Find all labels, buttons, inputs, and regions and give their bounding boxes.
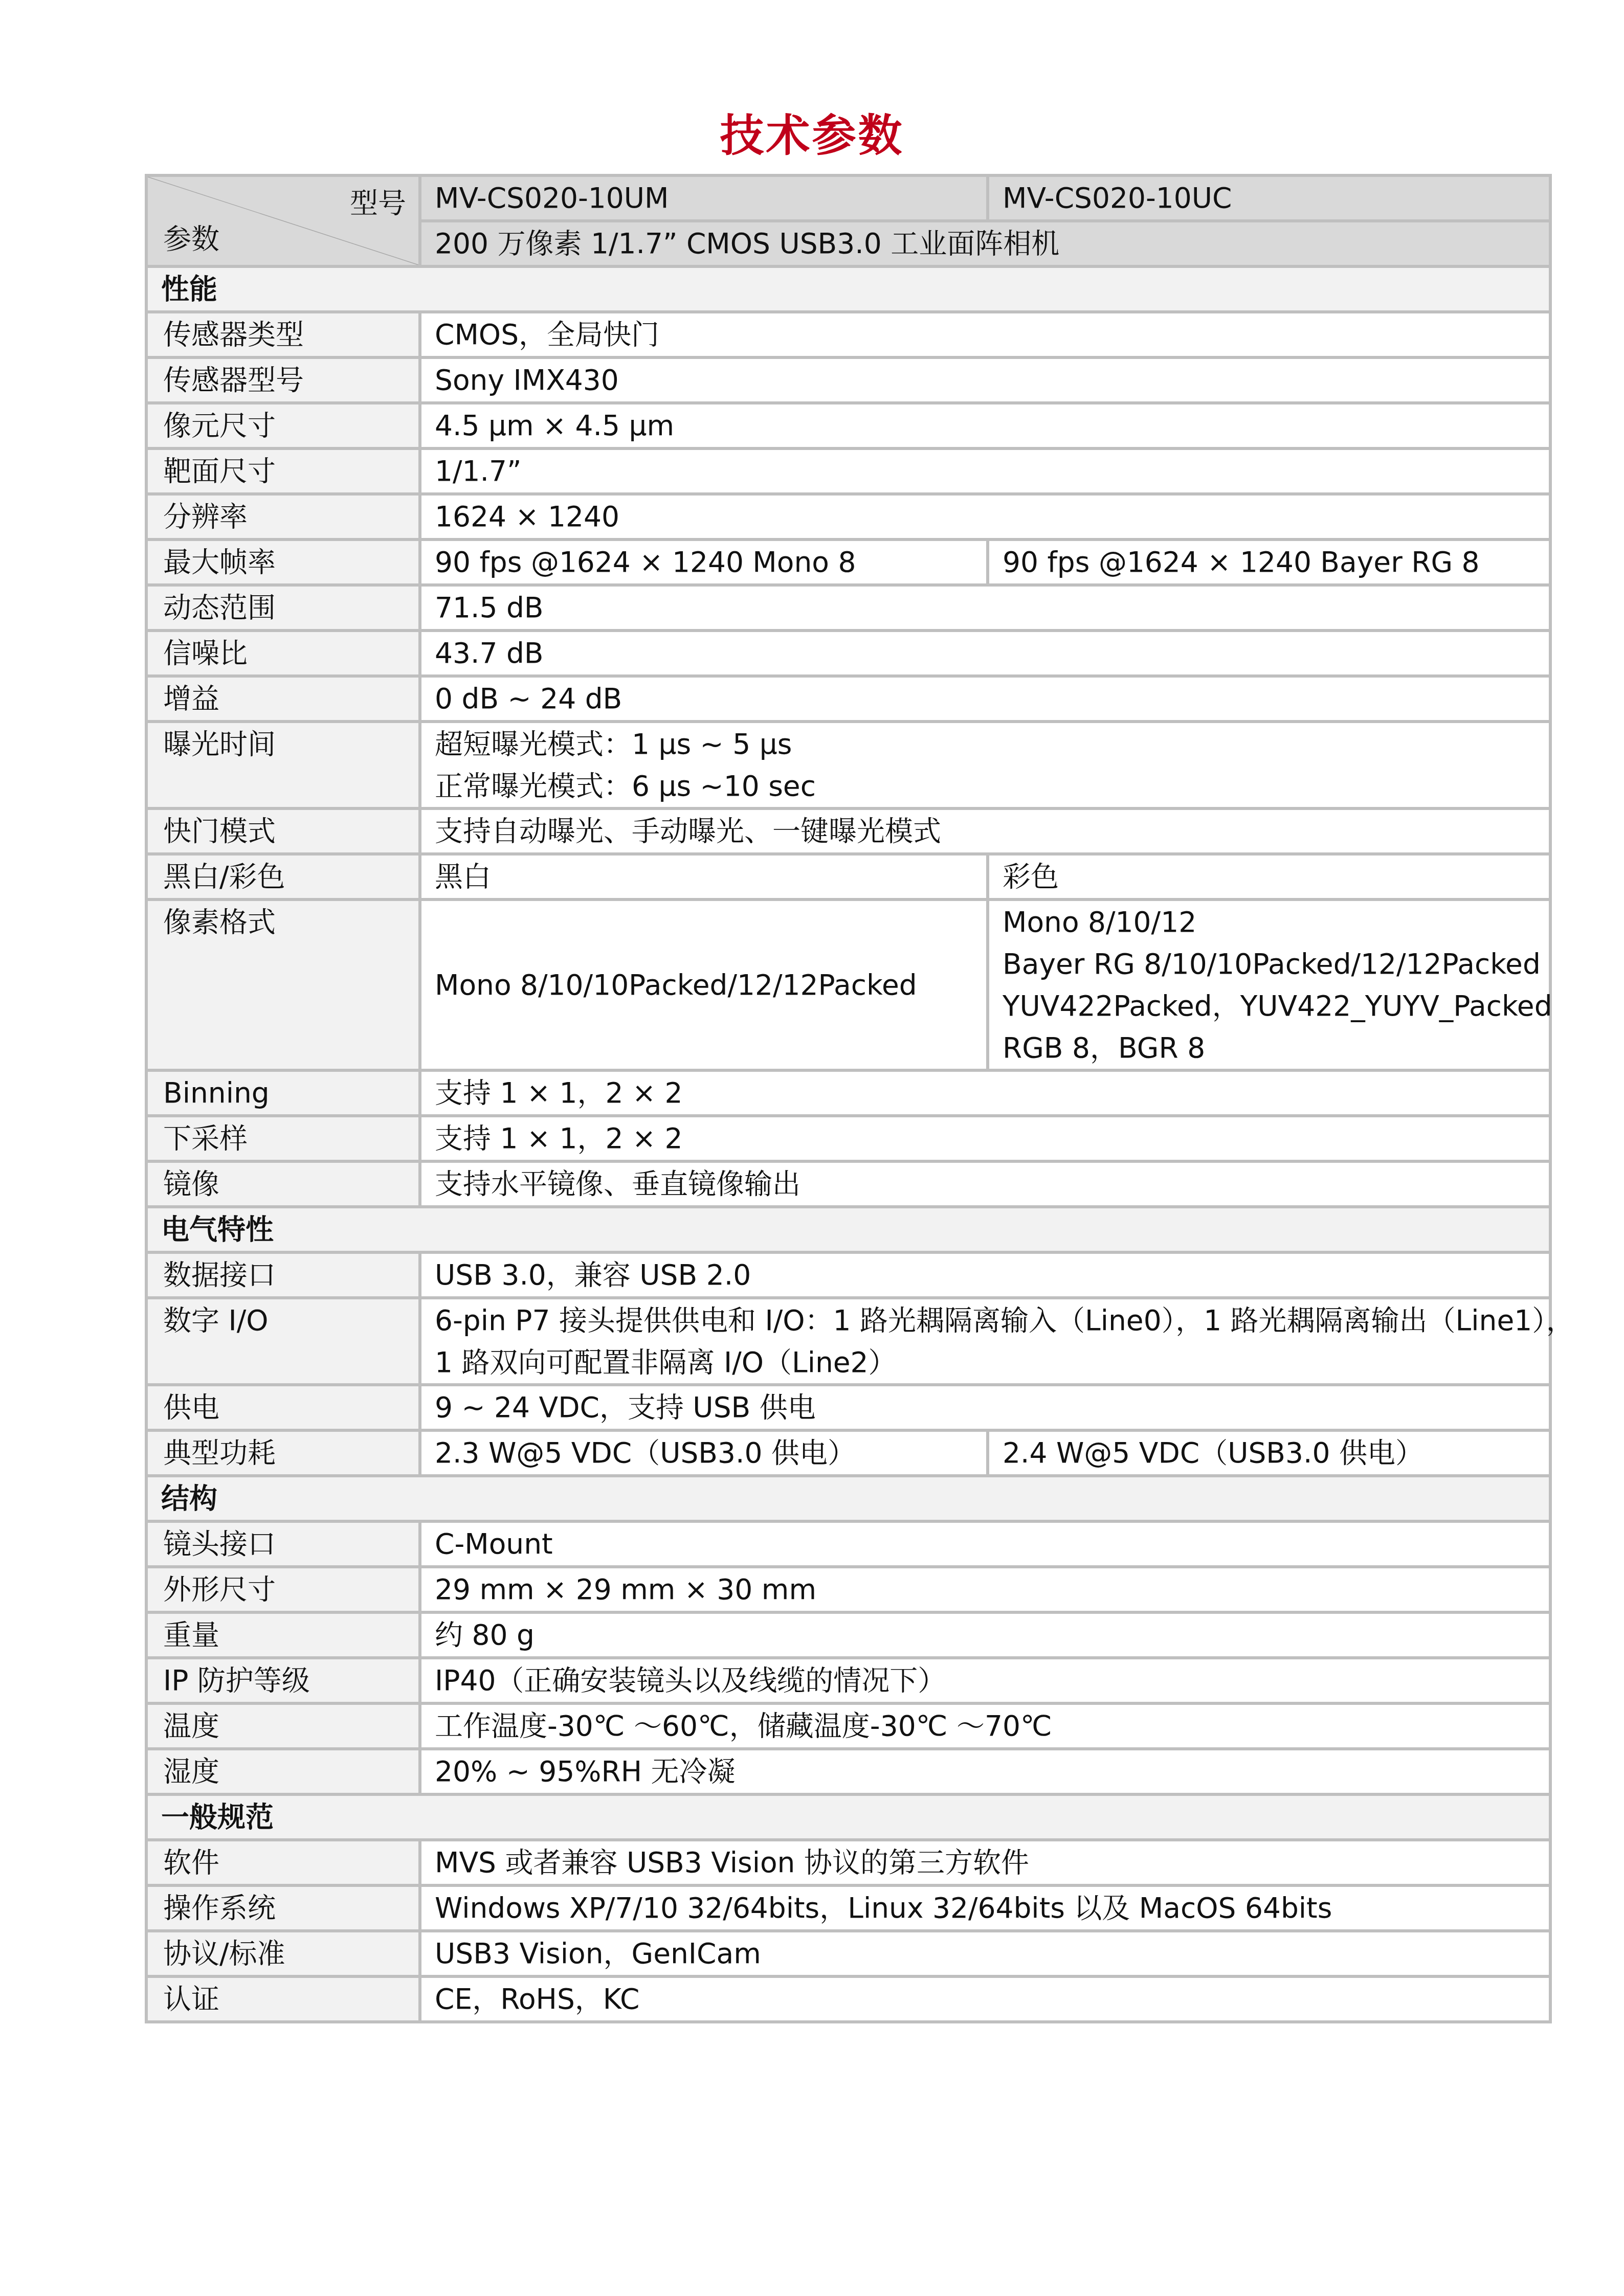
row-label: 最大帧率 (146, 539, 420, 585)
row-value: 29 mm × 29 mm × 30 mm (420, 1567, 1550, 1612)
table-row: 最大帧率90 fps @1624 × 1240 Mono 890 fps @16… (146, 539, 1550, 585)
row-value: Windows XP/7/10 32/64bits，Linux 32/64bit… (420, 1885, 1550, 1931)
corner-model-label: 型号 (350, 182, 406, 224)
row-value-color: Mono 8/10/12Bayer RG 8/10/10Packed/12/12… (988, 899, 1550, 1070)
row-label: 数字 I/O (146, 1298, 420, 1385)
table-row: 快门模式支持自动曝光、手动曝光、一键曝光模式 (146, 808, 1550, 854)
table-row: 供电9 ~ 24 VDC，支持 USB 供电 (146, 1385, 1550, 1430)
exposure-line-1: 超短曝光模式：1 μs ~ 5 μs (435, 723, 1536, 765)
section-title: 性能 (146, 266, 1550, 312)
io-line-1: 6-pin P7 接头提供供电和 I/O：1 路光耦隔离输入（Line0），1 … (435, 1299, 1536, 1341)
row-label: 传感器型号 (146, 357, 420, 403)
row-label: 传感器类型 (146, 312, 420, 357)
row-label: 信噪比 (146, 631, 420, 676)
row-label: 像素格式 (146, 899, 420, 1070)
table-row: 温度工作温度-30℃ ～60℃，储藏温度-30℃ ～70℃ (146, 1703, 1550, 1749)
format-line: RGB 8，BGR 8 (1003, 1027, 1536, 1069)
row-value: CE，RoHS，KC (420, 1976, 1550, 2022)
row-value: 超短曝光模式：1 μs ~ 5 μs正常曝光模式：6 μs ~10 sec (420, 722, 1550, 808)
io-line-2: 1 路双向可配置非隔离 I/O（Line2） (435, 1341, 1536, 1383)
row-value: Sony IMX430 (420, 357, 1550, 403)
corner-param-label: 参数 (163, 218, 219, 260)
product-description: 200 万像素 1/1.7” CMOS USB3.0 工业面阵相机 (420, 221, 1550, 266)
section-general: 一般规范 (146, 1794, 1550, 1840)
row-value-mono: Mono 8/10/10Packed/12/12Packed (420, 899, 988, 1070)
row-value-mono: 黑白 (420, 854, 988, 899)
exposure-line-2: 正常曝光模式：6 μs ~10 sec (435, 765, 1536, 807)
row-value-color: 2.4 W@5 VDC（USB3.0 供电） (988, 1430, 1550, 1476)
section-title: 电气特性 (146, 1207, 1550, 1252)
row-value: 0 dB ~ 24 dB (420, 676, 1550, 722)
table-row: 增益0 dB ~ 24 dB (146, 676, 1550, 722)
row-value: USB 3.0，兼容 USB 2.0 (420, 1252, 1550, 1298)
row-label: 外形尺寸 (146, 1567, 420, 1612)
header-row-models: 型号 参数 MV-CS020-10UM MV-CS020-10UC (146, 175, 1550, 221)
row-value: 6-pin P7 接头提供供电和 I/O：1 路光耦隔离输入（Line0），1 … (420, 1298, 1550, 1385)
row-label: 认证 (146, 1976, 420, 2022)
row-label: 典型功耗 (146, 1430, 420, 1476)
table-row: IP 防护等级IP40（正确安装镜头以及线缆的情况下） (146, 1658, 1550, 1703)
row-value: 20% ~ 95%RH 无冷凝 (420, 1749, 1550, 1794)
table-row: 数字 I/O6-pin P7 接头提供供电和 I/O：1 路光耦隔离输入（Lin… (146, 1298, 1550, 1385)
row-label: 分辨率 (146, 494, 420, 539)
table-row: 靶面尺寸1/1.7” (146, 448, 1550, 494)
row-label: 曝光时间 (146, 722, 420, 808)
row-value: 71.5 dB (420, 585, 1550, 631)
row-label: 镜像 (146, 1161, 420, 1207)
table-row: 曝光时间超短曝光模式：1 μs ~ 5 μs正常曝光模式：6 μs ~10 se… (146, 722, 1550, 808)
row-value: 支持 1 × 1，2 × 2 (420, 1070, 1550, 1116)
row-label: 协议/标准 (146, 1931, 420, 1976)
row-value: 9 ~ 24 VDC，支持 USB 供电 (420, 1385, 1550, 1430)
row-value: 支持自动曝光、手动曝光、一键曝光模式 (420, 808, 1550, 854)
table-row: Binning支持 1 × 1，2 × 2 (146, 1070, 1550, 1116)
table-row: 镜头接口C-Mount (146, 1521, 1550, 1567)
table-row: 传感器型号Sony IMX430 (146, 357, 1550, 403)
row-value: C-Mount (420, 1521, 1550, 1567)
row-label: IP 防护等级 (146, 1658, 420, 1703)
row-label: 靶面尺寸 (146, 448, 420, 494)
section-title: 一般规范 (146, 1794, 1550, 1840)
row-label: 像元尺寸 (146, 403, 420, 448)
table-row: 传感器类型CMOS，全局快门 (146, 312, 1550, 357)
page-title: 技术参数 (0, 100, 1624, 164)
row-value: 1/1.7” (420, 448, 1550, 494)
table-row: 操作系统Windows XP/7/10 32/64bits，Linux 32/6… (146, 1885, 1550, 1931)
corner-cell: 型号 参数 (146, 175, 420, 266)
table-row: 下采样支持 1 × 1，2 × 2 (146, 1116, 1550, 1161)
row-label: 软件 (146, 1840, 420, 1885)
row-label: 镜头接口 (146, 1521, 420, 1567)
table-row: 黑白/彩色黑白彩色 (146, 854, 1550, 899)
row-value: 4.5 μm × 4.5 μm (420, 403, 1550, 448)
table-row: 软件MVS 或者兼容 USB3 Vision 协议的第三方软件 (146, 1840, 1550, 1885)
row-value-color: 彩色 (988, 854, 1550, 899)
section-title: 结构 (146, 1476, 1550, 1521)
row-value-mono: 2.3 W@5 VDC（USB3.0 供电） (420, 1430, 988, 1476)
row-value: USB3 Vision，GenICam (420, 1931, 1550, 1976)
row-label: 增益 (146, 676, 420, 722)
table-row: 典型功耗2.3 W@5 VDC（USB3.0 供电）2.4 W@5 VDC（US… (146, 1430, 1550, 1476)
table-row: 信噪比43.7 dB (146, 631, 1550, 676)
section-electrical: 电气特性 (146, 1207, 1550, 1252)
row-label: 下采样 (146, 1116, 420, 1161)
row-label: 供电 (146, 1385, 420, 1430)
format-line: YUV422Packed，YUV422_YUYV_Packed (1003, 985, 1536, 1027)
format-line: Bayer RG 8/10/10Packed/12/12Packed (1003, 943, 1536, 985)
table-row: 重量约 80 g (146, 1612, 1550, 1658)
section-performance: 性能 (146, 266, 1550, 312)
row-label: 重量 (146, 1612, 420, 1658)
table-row: 分辨率1624 × 1240 (146, 494, 1550, 539)
table-row: 认证CE，RoHS，KC (146, 1976, 1550, 2022)
row-label: 动态范围 (146, 585, 420, 631)
row-label: Binning (146, 1070, 420, 1116)
row-value: 约 80 g (420, 1612, 1550, 1658)
section-structure: 结构 (146, 1476, 1550, 1521)
row-value: 工作温度-30℃ ～60℃，储藏温度-30℃ ～70℃ (420, 1703, 1550, 1749)
row-label: 温度 (146, 1703, 420, 1749)
table-row: 镜像支持水平镜像、垂直镜像输出 (146, 1161, 1550, 1207)
format-line: Mono 8/10/12 (1003, 901, 1536, 943)
row-value-mono: 90 fps @1624 × 1240 Mono 8 (420, 539, 988, 585)
table-row: 像素格式Mono 8/10/10Packed/12/12PackedMono 8… (146, 899, 1550, 1070)
row-label: 湿度 (146, 1749, 420, 1794)
row-value: 支持 1 × 1，2 × 2 (420, 1116, 1550, 1161)
table-row: 数据接口USB 3.0，兼容 USB 2.0 (146, 1252, 1550, 1298)
spec-table: 型号 参数 MV-CS020-10UM MV-CS020-10UC 200 万像… (145, 174, 1552, 2023)
table-row: 湿度20% ~ 95%RH 无冷凝 (146, 1749, 1550, 1794)
model-mono: MV-CS020-10UM (420, 175, 988, 221)
row-value: 支持水平镜像、垂直镜像输出 (420, 1161, 1550, 1207)
row-label: 操作系统 (146, 1885, 420, 1931)
table-row: 协议/标准USB3 Vision，GenICam (146, 1931, 1550, 1976)
row-value-color: 90 fps @1624 × 1240 Bayer RG 8 (988, 539, 1550, 585)
table-row: 动态范围71.5 dB (146, 585, 1550, 631)
table-row: 外形尺寸29 mm × 29 mm × 30 mm (146, 1567, 1550, 1612)
row-value: IP40（正确安装镜头以及线缆的情况下） (420, 1658, 1550, 1703)
row-value: MVS 或者兼容 USB3 Vision 协议的第三方软件 (420, 1840, 1550, 1885)
row-value: 43.7 dB (420, 631, 1550, 676)
table-row: 像元尺寸4.5 μm × 4.5 μm (146, 403, 1550, 448)
row-value: 1624 × 1240 (420, 494, 1550, 539)
row-label: 数据接口 (146, 1252, 420, 1298)
row-value: CMOS，全局快门 (420, 312, 1550, 357)
row-label: 黑白/彩色 (146, 854, 420, 899)
row-label: 快门模式 (146, 808, 420, 854)
model-color: MV-CS020-10UC (988, 175, 1550, 221)
